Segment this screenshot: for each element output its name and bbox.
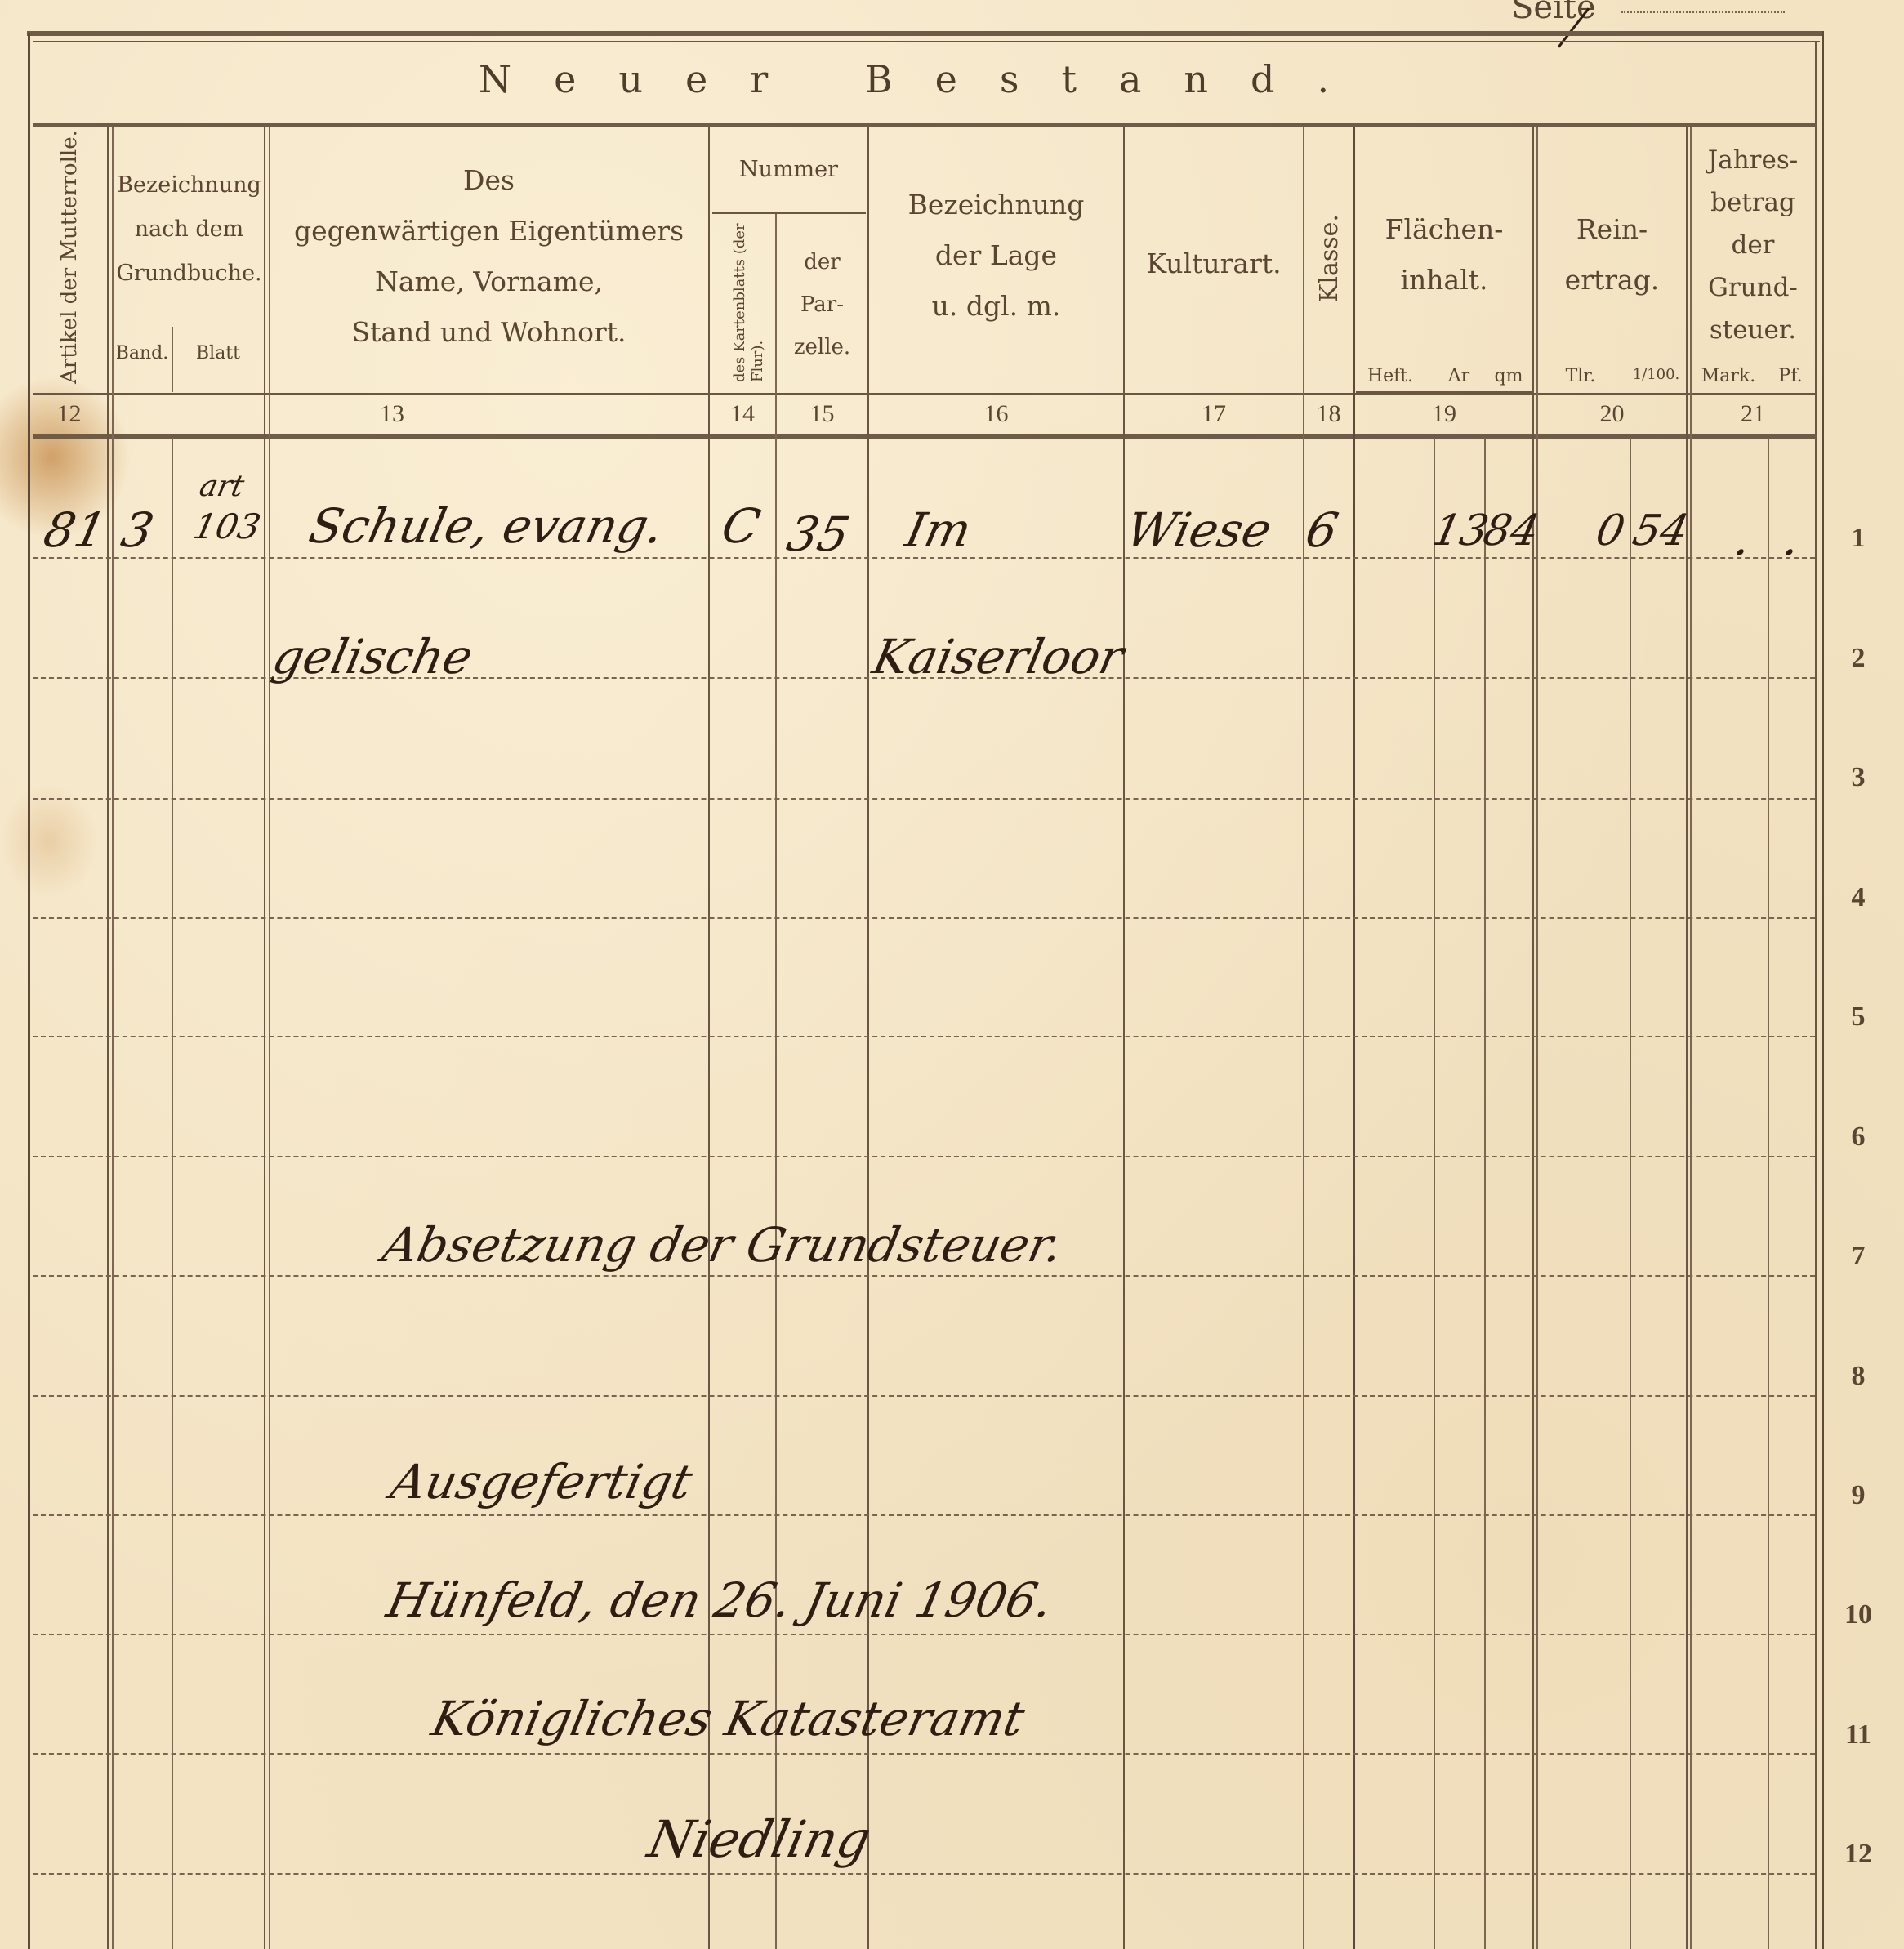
header-parzelle-line: zelle.	[777, 326, 867, 368]
header-grundbuch-line: Grundbuche.	[114, 252, 264, 296]
row-number: 10	[1830, 1599, 1887, 1630]
colnum-16: 16	[869, 400, 1123, 428]
nummer-divider	[712, 212, 866, 214]
col-line-20	[1686, 127, 1688, 1949]
row-line	[33, 1634, 1815, 1635]
header-flaeche: Flächen- inhalt.	[1356, 204, 1532, 306]
colnum-18: 18	[1304, 400, 1353, 428]
col-line-band	[172, 438, 173, 1949]
entry-parzelle: 35	[783, 506, 854, 562]
header-klasse: Klasse.	[1315, 214, 1344, 302]
header-owner-line: Des	[270, 155, 708, 206]
header-pf: Pf.	[1766, 366, 1815, 386]
header-owner-line: Name, Vorname,	[270, 256, 708, 307]
row-number: 7	[1830, 1241, 1887, 1272]
header-parzelle-line: der	[777, 241, 867, 283]
header-reinertrag-line: ertrag.	[1538, 255, 1686, 306]
header-kartenblatt: des Kartenblatts (der Flur).	[731, 219, 767, 382]
col-line-tlr	[1630, 438, 1631, 1949]
row-line	[33, 1036, 1815, 1037]
entry-flaeche-qm: 84	[1479, 506, 1544, 555]
col-line-12b	[112, 127, 114, 1949]
row-line	[33, 1514, 1815, 1516]
row-number: 12	[1830, 1839, 1887, 1870]
entry-rein-hundredths: 54	[1629, 506, 1693, 555]
header-lage-line: der Lage	[869, 230, 1123, 281]
col-line-ar	[1484, 438, 1486, 1949]
header-owner-line: gegenwärtigen Eigentümers	[270, 206, 708, 256]
header-lage-line: Bezeichnung	[869, 180, 1123, 230]
entry-kultur: Wiese	[1121, 502, 1277, 558]
header-grundsteuer-line: Jahres-	[1692, 139, 1814, 181]
entry-lage-line2: Kaiserloor	[868, 629, 1129, 685]
header-grundsteuer-line: der	[1692, 224, 1814, 266]
signature: Niedling	[643, 1809, 876, 1869]
col-line-19	[1532, 127, 1534, 1949]
row-number: 2	[1830, 643, 1887, 674]
header-reinertrag: Rein- ertrag.	[1538, 204, 1686, 306]
row-line	[33, 1156, 1815, 1157]
col-line-14	[775, 214, 777, 1949]
page-number-field	[1621, 11, 1785, 13]
row-number: 9	[1830, 1480, 1887, 1511]
col-line-12	[107, 127, 109, 1949]
colnum-13: 13	[270, 400, 515, 428]
colnum-15: 15	[777, 400, 867, 428]
colnum-17: 17	[1125, 400, 1303, 428]
entry-rein-tlr: 0	[1592, 506, 1630, 555]
header-ar: Ar	[1434, 366, 1484, 386]
col-line-mark	[1768, 438, 1769, 1949]
header-blatt: Blatt	[173, 343, 263, 363]
header-flaeche-line: Flächen-	[1356, 204, 1532, 255]
col-line-heft	[1434, 438, 1435, 1949]
row-number: 3	[1830, 762, 1887, 793]
number-row-divider	[33, 434, 1817, 439]
entry-blatt-prefix: art	[197, 470, 247, 503]
col-line-18	[1353, 127, 1355, 1949]
entry-blatt: 103	[190, 506, 265, 546]
entry-artikel: 81	[39, 502, 111, 558]
colnum-21: 21	[1692, 400, 1814, 428]
frame-top-line	[27, 31, 1824, 36]
header-tlr: Tlr.	[1540, 366, 1621, 386]
header-lage: Bezeichnung der Lage u. dgl. m.	[869, 180, 1123, 332]
header-parzelle-line: Par-	[777, 283, 867, 326]
header-flaeche-line: inhalt.	[1356, 255, 1532, 306]
row-number: 5	[1830, 1001, 1887, 1032]
header-heft: Heft.	[1358, 366, 1423, 386]
frame-top-inner-line	[33, 41, 1820, 42]
header-grundbuch-line: Bezeichnung	[114, 163, 264, 207]
title-divider	[33, 123, 1817, 127]
frame-left-line	[28, 33, 30, 1949]
header-qm: qm	[1484, 366, 1533, 386]
header-grundbuch: Bezeichnung nach dem Grundbuche.	[114, 163, 264, 296]
header-hundredths: 1/100.	[1625, 366, 1687, 383]
header-artikel: Artikel der Mutterrolle.	[57, 130, 82, 384]
header-band: Band.	[113, 343, 172, 363]
header-lage-line: u. dgl. m.	[869, 281, 1123, 332]
header-reinertrag-line: Rein-	[1538, 204, 1686, 255]
header-owner-line: Stand und Wohnort.	[270, 307, 708, 358]
row-line	[33, 798, 1815, 800]
note-place-date: Hünfeld, den 26. Juni 1906.	[382, 1572, 1058, 1628]
sub-header-line	[1356, 391, 1532, 393]
row-line	[33, 1873, 1815, 1875]
header-grundsteuer-line: Grund-	[1692, 266, 1814, 309]
entry-owner-line1: Schule, evang.	[305, 498, 669, 554]
header-grundsteuer: Jahres- betrag der Grund- steuer.	[1692, 139, 1814, 351]
frame-right-line	[1822, 31, 1824, 1949]
colnum-12: 12	[31, 400, 107, 428]
paper-stain	[0, 784, 98, 899]
row-line	[33, 917, 1815, 919]
entry-owner-line2: gelische	[268, 629, 478, 685]
header-grundsteuer-line: steuer.	[1692, 309, 1814, 351]
note-ausgefertigt: Ausgefertigt	[386, 1454, 698, 1510]
note-absetzung: Absetzung der Grundsteuer.	[378, 1217, 1068, 1273]
entry-karte: C	[717, 498, 765, 554]
table-title: Neuer Bestand.	[30, 57, 1820, 101]
row-number: 1	[1830, 523, 1887, 554]
header-nummer: Nummer	[710, 157, 867, 182]
colnum-14: 14	[710, 400, 775, 428]
header-grundsteuer-line: betrag	[1692, 181, 1814, 224]
entry-klasse: 6	[1301, 502, 1343, 558]
row-line	[33, 1275, 1815, 1277]
row-number: 6	[1830, 1122, 1887, 1153]
header-owner: Des gegenwärtigen Eigentümers Name, Vorn…	[270, 155, 708, 358]
header-divider	[33, 393, 1817, 395]
col-line-13a	[264, 127, 265, 1949]
row-number: 8	[1830, 1361, 1887, 1392]
note-office: Königliches Katasteramt	[427, 1691, 1029, 1746]
header-kulturart: Kulturart.	[1125, 239, 1303, 289]
header-parzelle: der Par- zelle.	[777, 241, 867, 368]
header-grundbuch-line: nach dem	[114, 207, 264, 252]
row-number: 11	[1830, 1719, 1887, 1751]
frame-right-inner-line	[1815, 41, 1817, 1949]
colnum-20: 20	[1538, 400, 1686, 428]
row-line	[33, 1395, 1815, 1397]
colnum-19: 19	[1356, 400, 1532, 428]
entry-lage-line1: Im	[901, 502, 976, 558]
row-line	[33, 1753, 1815, 1755]
row-number: 4	[1830, 882, 1887, 913]
header-mark: Mark.	[1692, 366, 1765, 386]
